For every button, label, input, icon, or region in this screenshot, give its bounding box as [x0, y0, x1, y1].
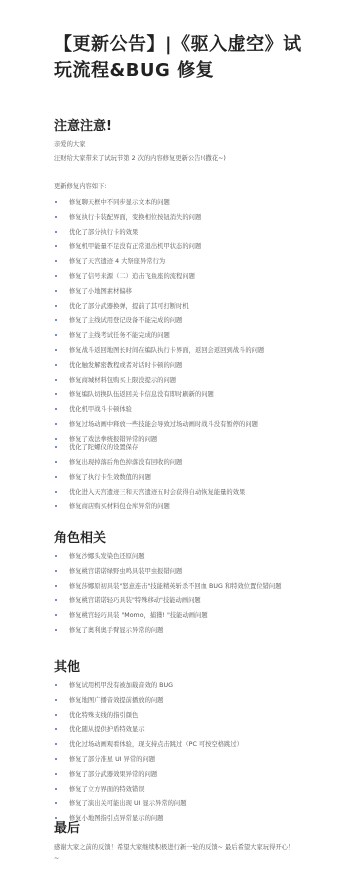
list-item: 修复了戏法拳统报错异常的问题 [54, 435, 264, 443]
bullet-icon [55, 629, 57, 631]
list-item-text: 修复商城材料包购买上限没提示的问题 [69, 377, 176, 384]
bullet-icon [55, 275, 57, 277]
bullet-icon [55, 684, 57, 686]
list-item: 修复聊天框中不同步显示文本的问题 [54, 198, 264, 213]
list-item: 修复小地图指引点异常显示的问题 [54, 814, 243, 829]
bullet-icon [55, 379, 57, 381]
list-item-text: 修复桃宫轻巧具装 "Momo，捕獲! "技能动画问题 [69, 612, 208, 619]
list-item: 优化了陀螺仪的设置保存 [54, 443, 264, 458]
list-item-text: 修复了信号来源（二）追击飞鱼座的流程问题 [69, 273, 195, 280]
bullet-icon [55, 319, 57, 321]
list-item-text: 修复商店购买材料包仓库异常的问题 [69, 503, 170, 510]
bullet-icon [55, 364, 57, 366]
list-item: 修复商城材料包购买上限没提示的问题 [54, 376, 264, 391]
intro-text: 汪财给大家带来了试玩节第 2 次的内容修复更新公告!(撒花~) [54, 154, 226, 163]
list-item-text: 修复战斗返回地图长时间在编队执行卡界面，返回会返回到战斗的问题 [69, 347, 264, 354]
list-item: 修复了立方界面的特效错误 [54, 785, 243, 800]
list-item-text: 优化过场动画观看体验，现支持点击跳过（PC 可按空格跳过） [69, 741, 243, 748]
list-item-text: 修复出现掉落后角色掉落没有回收的问题 [69, 459, 182, 466]
list-item: 修复执行卡装配界面，变换相位按钮消失的问题 [54, 213, 264, 228]
list-item: 修复沙娜头发染色还原问题 [54, 552, 282, 567]
bullet-icon [55, 802, 57, 804]
bullet-icon [55, 393, 57, 395]
bullet-icon [55, 334, 57, 336]
others-fix-list: 修复试用机甲没有被加载音效的 BUG修复地图广播音效提前播放的问题优化特殊支线的… [54, 681, 243, 829]
notice-fix-list: 修复聊天框中不同步显示文本的问题修复执行卡装配界面，变换相位按钮消失的问题优化了… [54, 198, 264, 517]
bullet-icon [55, 817, 57, 819]
list-item: 优化特殊支线的指引颜色 [54, 711, 243, 726]
closing-text: 感谢大家之前的反馈！希望大家继续积极进行新一轮的反馈~ 最后希望大家玩得开心！~ [54, 842, 299, 864]
list-item: 修复试用机甲没有被加载音效的 BUG [54, 681, 243, 696]
characters-heading: 角色相关 [54, 530, 106, 548]
list-item-text: 优化了部分武器换弹，提前了其可打断时机 [69, 303, 189, 310]
list-item: 优化了部分武器换弹，提前了其可打断时机 [54, 302, 264, 317]
list-item-text: 优化机甲战斗卡顿体验 [69, 406, 132, 413]
bullet-icon [55, 349, 57, 351]
list-item-text: 修复了部分武器效果异常的问题 [69, 771, 157, 778]
bullet-icon [55, 446, 57, 448]
bullet-icon [55, 599, 57, 601]
list-item-text: 优化了陀螺仪的设置保存 [69, 444, 138, 451]
bullet-icon [55, 505, 57, 507]
bullet-icon [55, 585, 57, 587]
list-item: 修复了奥利奥手臂显示异常的问题 [54, 626, 282, 641]
list-item: 优化了部分执行卡的效果 [54, 228, 264, 243]
list-item: 修复了天宫遗迹 4 大祭座异常行为 [54, 257, 264, 272]
list-item-text: 修复了戏法拳统报错异常的问题 [69, 436, 157, 443]
list-item: 修复了主线考试任务不能完成的问题 [54, 331, 264, 346]
list-item: 优化随从提供护盾特效显示 [54, 725, 243, 740]
bullet-icon [55, 788, 57, 790]
list-item-text: 修复了主线考试任务不能完成的问题 [69, 332, 170, 339]
list-item-text: 修复了部分准星 UI 异常的问题 [69, 756, 155, 763]
list-item-text: 修复地图广播音效提前播放的问题 [69, 697, 163, 704]
bullet-icon [55, 491, 57, 493]
list-item: 修复商店购买材料包仓库异常的问题 [54, 502, 264, 517]
bullet-icon [55, 461, 57, 463]
bullet-icon [55, 714, 57, 716]
list-item-text: 修复机甲能量不足没有正常退出机甲状态的问题 [69, 243, 201, 250]
list-item-text: 修复试用机甲没有被加载音效的 BUG [69, 682, 173, 689]
bullet-icon [55, 408, 57, 410]
bullet-icon [55, 614, 57, 616]
list-item-text: 修复执行卡装配界面，变换相位按钮消失的问题 [69, 214, 201, 221]
list-item-text: 优化特殊支线的指引颜色 [69, 712, 138, 719]
bullet-icon [55, 290, 57, 292]
list-item-text: 修复了主线试用登记设备不能完成的问题 [69, 317, 182, 324]
closing-heading: 最后 [54, 820, 80, 838]
bullet-icon [55, 423, 57, 425]
bullet-icon [55, 570, 57, 572]
bullet-icon [55, 231, 57, 233]
list-item: 修复了主线试用登记设备不能完成的问题 [54, 316, 264, 331]
list-item: 修复桃宫轻巧具装 "Momo，捕獲! "技能动画问题 [54, 611, 282, 626]
list-item-text: 优化随从提供护盾特效显示 [69, 726, 145, 733]
bullet-icon [55, 728, 57, 730]
list-item: 修复桃宫诺诺绿野虫鸣具装甲虫报错问题 [54, 567, 282, 582]
bullet-icon [55, 260, 57, 262]
list-item-text: 修复了天宫遗迹 4 大祭座异常行为 [69, 258, 165, 265]
list-item-text: 修复桃宫诺诺轻巧具装"特殊移动"技能动画问题 [69, 597, 201, 604]
list-item: 优化进入天宫遗迹三和天宫遗迹五时会获得自动恢复能量的效果 [54, 488, 264, 503]
bullet-icon [55, 216, 57, 218]
list-item-text: 修复了执行卡生效数值的问题 [69, 474, 151, 481]
list-item-text: 修复莎娜原初具装"怒意连击"技能精英斩杀不回血 BUG 和特效位置位错问题 [69, 583, 282, 590]
list-item: 修复了演出关可能出现 UI 显示异常的问题 [54, 799, 243, 814]
list-item-text: 优化了部分执行卡的效果 [69, 229, 138, 236]
greeting-text: 亲爱的大家 [54, 140, 85, 149]
list-item: 修复桃宫诺诺轻巧具装"特殊移动"技能动画问题 [54, 596, 282, 611]
list-item: 修复了部分准星 UI 异常的问题 [54, 755, 243, 770]
list-item: 修复了部分武器效果异常的问题 [54, 770, 243, 785]
characters-fix-list: 修复沙娜头发染色还原问题修复桃宫诺诺绿野虫鸣具装甲虫报错问题修复莎娜原初具装"怒… [54, 552, 282, 641]
list-item-text: 修复小地图指引点异常显示的问题 [69, 815, 163, 822]
bullet-icon [55, 245, 57, 247]
list-item: 修复编队切换队伍返回关卡信息没有即时刷新的问题 [54, 390, 264, 405]
bullet-icon [55, 201, 57, 203]
bullet-icon [55, 758, 57, 760]
list-item-text: 修复过场动画中释放一些技能会导致过场动画时战斗没有暂停的问题 [69, 421, 258, 428]
list-intro-text: 更新修复内容如下: [54, 182, 107, 191]
list-item: 修复了信号来源（二）追击飞鱼座的流程问题 [54, 272, 264, 287]
list-item-text: 修复沙娜头发染色还原问题 [69, 553, 145, 560]
list-item: 优化触发解密教程或者对话时卡顿的问题 [54, 361, 264, 376]
list-item-text: 修复聊天框中不同步显示文本的问题 [69, 199, 170, 206]
bullet-icon [55, 305, 57, 307]
bullet-icon [55, 743, 57, 745]
list-item: 修复了小地图素材偏移 [54, 287, 264, 302]
list-item: 优化过场动画观看体验，现支持点击跳过（PC 可按空格跳过） [54, 740, 243, 755]
notice-heading: 注意注意! [54, 118, 112, 136]
article-page: 【更新公告】|《驱入虚空》试玩流程&BUG 修复 注意注意! 亲爱的大家 汪财给… [0, 0, 360, 895]
list-item: 修复战斗返回地图长时间在编队执行卡界面，返回会返回到战斗的问题 [54, 346, 264, 361]
list-item-text: 修复了奥利奥手臂显示异常的问题 [69, 627, 163, 634]
bullet-icon [55, 555, 57, 557]
bullet-icon [55, 476, 57, 478]
bullet-icon [55, 699, 57, 701]
list-item-text: 优化触发解密教程或者对话时卡顿的问题 [69, 362, 182, 369]
bullet-icon [55, 438, 57, 440]
list-item: 修复出现掉落后角色掉落没有回收的问题 [54, 458, 264, 473]
list-item: 修复了执行卡生效数值的问题 [54, 473, 264, 488]
list-item-text: 修复编队切换队伍返回关卡信息没有即时刷新的问题 [69, 391, 214, 398]
list-item: 修复地图广播音效提前播放的问题 [54, 696, 243, 711]
list-item-text: 修复了小地图素材偏移 [69, 288, 132, 295]
list-item: 修复莎娜原初具装"怒意连击"技能精英斩杀不回血 BUG 和特效位置位错问题 [54, 582, 282, 597]
list-item-text: 修复了立方界面的特效错误 [69, 786, 145, 793]
list-item-text: 修复桃宫诺诺绿野虫鸣具装甲虫报错问题 [69, 568, 182, 575]
list-item: 优化机甲战斗卡顿体验 [54, 405, 264, 420]
bullet-icon [55, 773, 57, 775]
list-item-text: 优化进入天宫遗迹三和天宫遗迹五时会获得自动恢复能量的效果 [69, 489, 245, 496]
article-title: 【更新公告】|《驱入虚空》试玩流程&BUG 修复 [54, 32, 314, 84]
list-item: 修复过场动画中释放一些技能会导致过场动画时战斗没有暂停的问题 [54, 420, 264, 435]
others-heading: 其他 [54, 659, 80, 677]
list-item: 修复机甲能量不足没有正常退出机甲状态的问题 [54, 242, 264, 257]
list-item-text: 修复了演出关可能出现 UI 显示异常的问题 [69, 800, 187, 807]
